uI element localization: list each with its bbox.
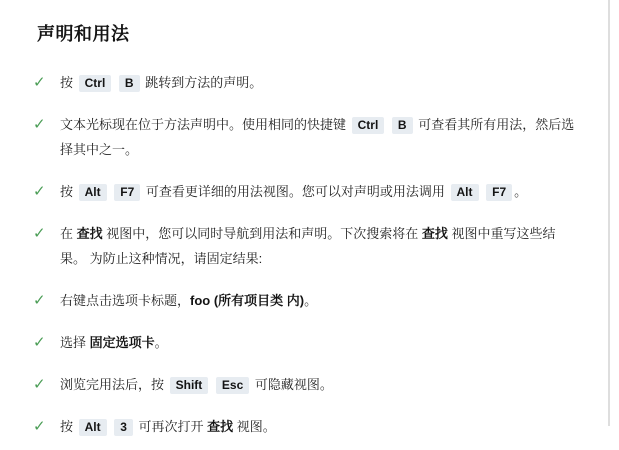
step-item: ✓右键点击选项卡标题，foo (所有项目类 内)。 [37,288,582,313]
emphasized-text: 查找 [207,419,233,434]
step-text: 按 Ctrl B 跳转到方法的声明。 [60,70,576,95]
step-item: ✓浏览完用法后，按 Shift Esc 可隐藏视图。 [37,372,582,397]
plain-text: 选择 [60,335,90,350]
check-icon: ✓ [33,221,49,246]
check-icon: ✓ [33,112,49,137]
plain-text: 。 [514,184,527,199]
plain-text: 视图中，您可以同时导航到用法和声明。下次搜索将在 [103,226,422,241]
plain-text [386,117,390,132]
plain-text: 跳转到方法的声明。 [142,75,263,90]
plain-text [210,377,214,392]
plain-text: 按 [60,419,77,434]
lesson-panel: 声明和用法 ✓按 Ctrl B 跳转到方法的声明。✓文本光标现在位于方法声明中。… [0,0,619,450]
step-text: 文本光标现在位于方法声明中。使用相同的快捷键 Ctrl B 可查看其所有用法，然… [60,112,576,162]
check-icon: ✓ [33,179,49,204]
plain-text: 可查看更详细的用法视图。您可以对声明或用法调用 [142,184,448,199]
plain-text [113,75,117,90]
key-chip: Alt [79,419,107,436]
plain-text: 可再次打开 [135,419,207,434]
plain-text: 在 [60,226,77,241]
key-chip: Ctrl [79,75,112,92]
panel-divider [608,0,610,426]
plain-text: 按 [60,184,77,199]
step-item: ✓文本光标现在位于方法声明中。使用相同的快捷键 Ctrl B 可查看其所有用法，… [37,112,582,162]
lesson-content: 声明和用法 ✓按 Ctrl B 跳转到方法的声明。✓文本光标现在位于方法声明中。… [37,20,582,450]
key-chip: B [392,117,413,134]
step-text: 选择 固定选项卡。 [60,330,576,355]
check-icon: ✓ [33,414,49,439]
key-chip: 3 [114,419,133,436]
step-text: 浏览完用法后，按 Shift Esc 可隐藏视图。 [60,372,576,397]
steps-list: ✓按 Ctrl B 跳转到方法的声明。✓文本光标现在位于方法声明中。使用相同的快… [37,70,582,439]
emphasized-text: 查找 [77,226,103,241]
key-chip: Esc [216,377,249,394]
check-icon: ✓ [33,330,49,355]
plain-text: 右键点击选项卡标题， [60,293,190,308]
page-title: 声明和用法 [37,20,582,46]
step-item: ✓按 Ctrl B 跳转到方法的声明。 [37,70,582,95]
emphasized-text: 查找 [422,226,448,241]
key-chip: F7 [486,184,512,201]
key-chip: Ctrl [352,117,385,134]
key-chip: F7 [114,184,140,201]
step-item: ✓按 Alt F7 可查看更详细的用法视图。您可以对声明或用法调用 Alt F7… [37,179,582,204]
plain-text: 。 [304,293,317,308]
plain-text: 文本光标现在位于方法声明中。使用相同的快捷键 [60,117,350,132]
plain-text [109,419,113,434]
check-icon: ✓ [33,372,49,397]
step-item: ✓按 Alt 3 可再次打开 查找 视图。 [37,414,582,439]
step-text: 按 Alt 3 可再次打开 查找 视图。 [60,414,576,439]
emphasized-text: 固定选项卡 [90,335,155,350]
step-text: 右键点击选项卡标题，foo (所有项目类 内)。 [60,288,576,313]
emphasized-text: foo (所有项目类 内) [190,293,304,308]
step-item: ✓选择 固定选项卡。 [37,330,582,355]
step-text: 在 查找 视图中，您可以同时导航到用法和声明。下次搜索将在 查找 视图中重写这些… [60,221,576,271]
key-chip: Alt [79,184,107,201]
step-text: 按 Alt F7 可查看更详细的用法视图。您可以对声明或用法调用 Alt F7。 [60,179,576,204]
key-chip: Alt [451,184,479,201]
plain-text: 可隐藏视图。 [251,377,333,392]
plain-text: 按 [60,75,77,90]
plain-text: 视图。 [233,419,276,434]
plain-text: 浏览完用法后，按 [60,377,168,392]
plain-text [481,184,485,199]
key-chip: Shift [170,377,209,394]
plain-text [109,184,113,199]
step-item: ✓在 查找 视图中，您可以同时导航到用法和声明。下次搜索将在 查找 视图中重写这… [37,221,582,271]
plain-text: 。 [155,335,168,350]
check-icon: ✓ [33,288,49,313]
check-icon: ✓ [33,70,49,95]
key-chip: B [119,75,140,92]
